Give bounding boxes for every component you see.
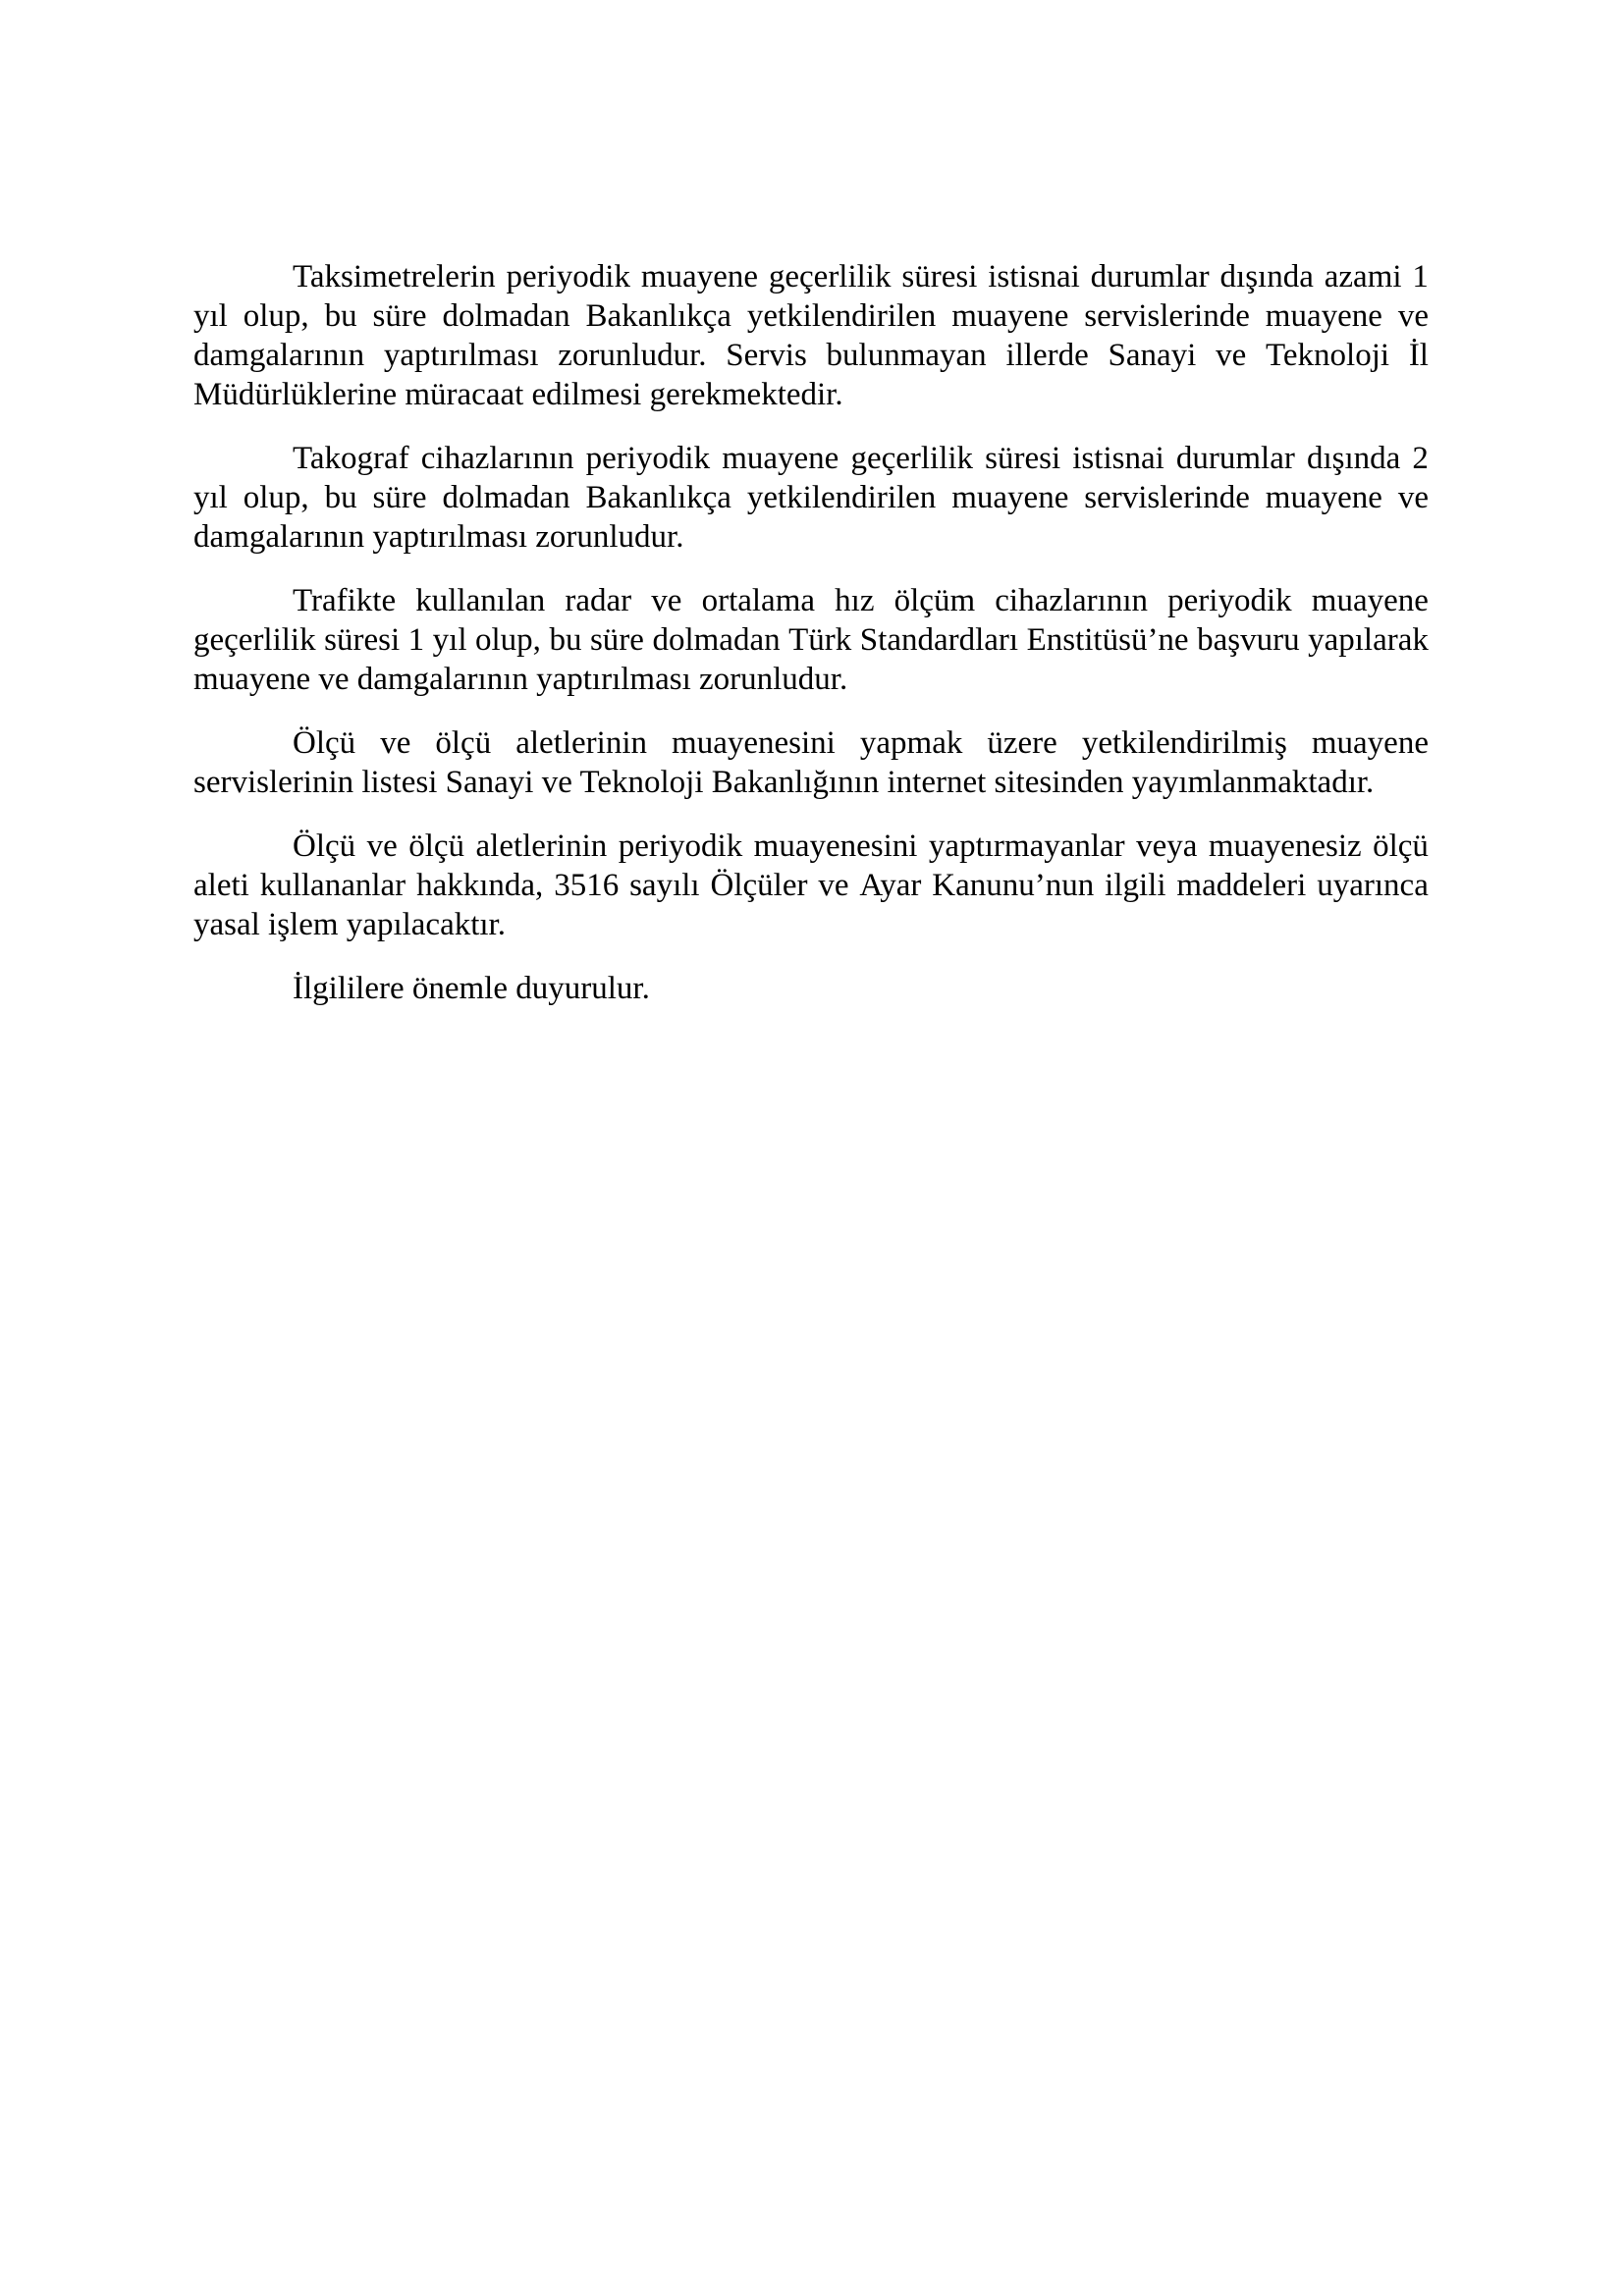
text-line: damgalarınınyaptırılmasızorunludur.Servi… xyxy=(193,336,1429,375)
text-line: yasal işlem yapılacaktır. xyxy=(193,905,1429,944)
text-line: Taksimetrelerinperiyodikmuayenegeçerlili… xyxy=(193,257,1429,296)
text-line: yılolup,busüredolmadanBakanlıkçayetkilen… xyxy=(193,296,1429,336)
text-line: muayene ve damgalarının yaptırılması zor… xyxy=(193,660,1429,699)
text-line: Ölçüveölçüaletlerininmuayenesiniyapmaküz… xyxy=(193,723,1429,763)
text-line: yılolup,busüredolmadanBakanlıkçayetkilen… xyxy=(193,478,1429,517)
paragraph-radar: Trafiktekullanılanradarveortalamahızölçü… xyxy=(193,581,1429,699)
paragraph-taksimetre: Taksimetrelerinperiyodikmuayenegeçerlili… xyxy=(193,257,1429,414)
paragraph-muayene-servisleri: Ölçüveölçüaletlerininmuayenesiniyapmaküz… xyxy=(193,723,1429,802)
document-page: Taksimetrelerinperiyodikmuayenegeçerlili… xyxy=(0,0,1624,2296)
text-line: servislerinin listesi Sanayi ve Teknoloj… xyxy=(193,763,1429,802)
text-line: Müdürlüklerine müracaat edilmesi gerekme… xyxy=(193,375,1429,414)
paragraph-yasal-islem: Ölçüveölçüaletlerininperiyodikmuayenesin… xyxy=(193,827,1429,944)
text-line: Takografcihazlarınınperiyodikmuayenegeçe… xyxy=(193,439,1429,478)
document-body: Taksimetrelerinperiyodikmuayenegeçerlili… xyxy=(193,257,1429,1033)
text-line: geçerliliksüresi1yılolup,busüredolmadanT… xyxy=(193,620,1429,660)
text-line: İlgililere önemle duyurulur. xyxy=(193,969,1429,1008)
text-line: aletikullananlarhakkında,3516sayılıÖlçül… xyxy=(193,866,1429,905)
paragraph-duyuru: İlgililere önemle duyurulur. xyxy=(193,969,1429,1008)
text-line: Trafiktekullanılanradarveortalamahızölçü… xyxy=(193,581,1429,620)
text-line: damgalarının yaptırılması zorunludur. xyxy=(193,517,1429,557)
paragraph-takograf: Takografcihazlarınınperiyodikmuayenegeçe… xyxy=(193,439,1429,557)
text-line: Ölçüveölçüaletlerininperiyodikmuayenesin… xyxy=(193,827,1429,866)
